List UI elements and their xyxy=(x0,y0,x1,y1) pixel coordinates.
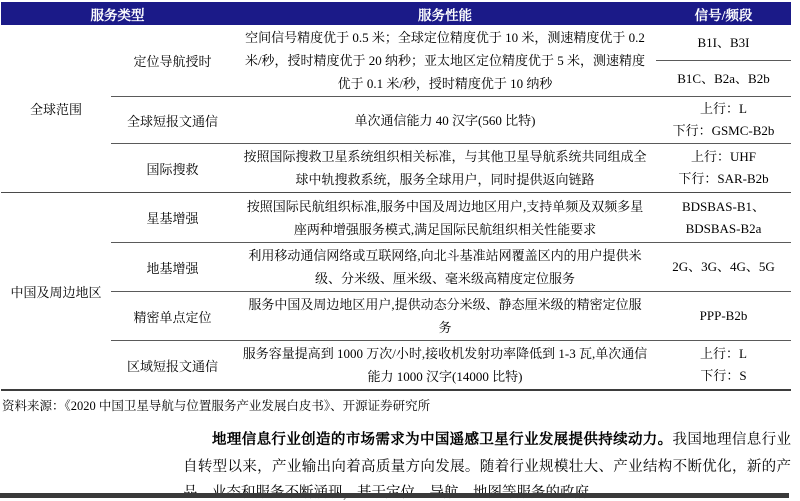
header-service-performance: 服务性能 xyxy=(234,4,656,24)
performance-cell: 利用移动通信网络或互联网络,向北斗基准站网覆盖区内的用户提供米级、分米级、厘米级… xyxy=(234,243,656,291)
signal-line: BDSBAS-B2a xyxy=(656,218,791,240)
signal-line: 上行：UHF xyxy=(656,146,791,168)
service-type-cell: 精密单点定位 xyxy=(111,292,234,340)
service-type-cell: 全球短报文通信 xyxy=(111,97,234,143)
group-label-china-region: 中国及周边地区 xyxy=(1,193,111,389)
performance-cell: 服务中国及周边地区用户,提供动态分米级、静态厘米级的精密定位服务 xyxy=(234,292,656,340)
group-label-global: 全球范围 xyxy=(1,25,111,192)
signal-cell: PPP-B2b xyxy=(656,292,791,340)
table-row: 精密单点定位 服务中国及周边地区用户,提供动态分米级、静态厘米级的精密定位服务 … xyxy=(111,291,791,340)
service-table: 服务类型 服务性能 信号/频段 全球范围 定位导航授时 空间信号精度优于 0.5… xyxy=(1,2,791,391)
service-type-cell: 地基增强 xyxy=(111,243,234,291)
signal-cell: 上行：L 下行：S xyxy=(656,341,791,389)
signal-cell: 上行：L 下行：GSMC-B2b xyxy=(656,97,791,143)
table-row: 全球短报文通信 单次通信能力 40 汉字(560 比特) 上行：L 下行：GSM… xyxy=(111,96,791,143)
service-type-cell: 定位导航授时 xyxy=(111,25,234,96)
performance-cell: 按照国际民航组织标准,服务中国及周边地区用户,支持单频及双频多星座两种增强服务模… xyxy=(234,193,656,242)
performance-cell: 单次通信能力 40 汉字(560 比特) xyxy=(234,97,656,143)
source-note: 资料来源：《2020 中国卫星导航与位置服务产业发展白皮书》、开源证券研究所 xyxy=(2,396,800,414)
performance-cell: 服务容量提高到 1000 万次/小时,接收机发射功率降低到 1-3 瓦,单次通信… xyxy=(234,341,656,389)
signal-cell: BDSBAS-B1、 BDSBAS-B2a xyxy=(656,193,791,242)
performance-cell: 按照国际搜救卫星系统组织相关标准，与其他卫星导航系统共同组成全球中轨搜救系统，服… xyxy=(234,144,656,192)
group-china-region: 中国及周边地区 星基增强 按照国际民航组织标准,服务中国及周边地区用户,支持单频… xyxy=(1,192,791,389)
table-row: 国际搜救 按照国际搜救卫星系统组织相关标准，与其他卫星导航系统共同组成全球中轨搜… xyxy=(111,143,791,192)
service-type-cell: 区域短报文通信 xyxy=(111,341,234,389)
group-global: 全球范围 定位导航授时 空间信号精度优于 0.5 米；全球定位精度优于 10 米… xyxy=(1,25,791,192)
section-divider-bar xyxy=(0,493,789,498)
body-paragraph: 地理信息行业创造的市场需求为中国遥感卫星行业发展提供持续动力。我国地理信息行业自… xyxy=(183,427,791,501)
table-header-row: 服务类型 服务性能 信号/频段 xyxy=(1,2,791,25)
signal-line: 下行：GSMC-B2b xyxy=(656,120,791,142)
performance-cell: 空间信号精度优于 0.5 米；全球定位精度优于 10 米，测速精度优于 0.2 … xyxy=(234,25,656,96)
signal-line: 上行：L xyxy=(656,343,791,365)
header-signal-band: 信号/频段 xyxy=(656,4,791,24)
header-service-type: 服务类型 xyxy=(1,4,234,24)
service-type-cell: 国际搜救 xyxy=(111,144,234,192)
signal-cell: 上行：UHF 下行：SAR-B2b xyxy=(656,144,791,192)
signal-line: B1C、B2a、B2b xyxy=(656,61,791,96)
signal-line: 下行：S xyxy=(656,365,791,387)
signal-line: B1I、B3I xyxy=(656,25,791,61)
signal-cell: 2G、3G、4G、5G xyxy=(656,243,791,291)
signal-line: 2G、3G、4G、5G xyxy=(656,256,791,278)
service-type-cell: 星基增强 xyxy=(111,193,234,242)
signal-line: BDSBAS-B1、 xyxy=(656,196,791,218)
table-row: 星基增强 按照国际民航组织标准,服务中国及周边地区用户,支持单频及双频多星座两种… xyxy=(111,193,791,242)
table-row: 定位导航授时 空间信号精度优于 0.5 米；全球定位精度优于 10 米，测速精度… xyxy=(111,25,791,96)
signal-line: PPP-B2b xyxy=(656,305,791,327)
table-body: 全球范围 定位导航授时 空间信号精度优于 0.5 米；全球定位精度优于 10 米… xyxy=(1,25,791,391)
paragraph-lead-sentence: 地理信息行业创造的市场需求为中国遥感卫星行业发展提供持续动力。 xyxy=(212,432,673,448)
signal-cell: B1I、B3I B1C、B2a、B2b xyxy=(656,25,791,96)
signal-line: 上行：L xyxy=(656,98,791,120)
table-row: 区域短报文通信 服务容量提高到 1000 万次/小时,接收机发射功率降低到 1-… xyxy=(111,340,791,389)
signal-line: 下行：SAR-B2b xyxy=(656,168,791,190)
table-row: 地基增强 利用移动通信网络或互联网络,向北斗基准站网覆盖区内的用户提供米级、分米… xyxy=(111,242,791,291)
